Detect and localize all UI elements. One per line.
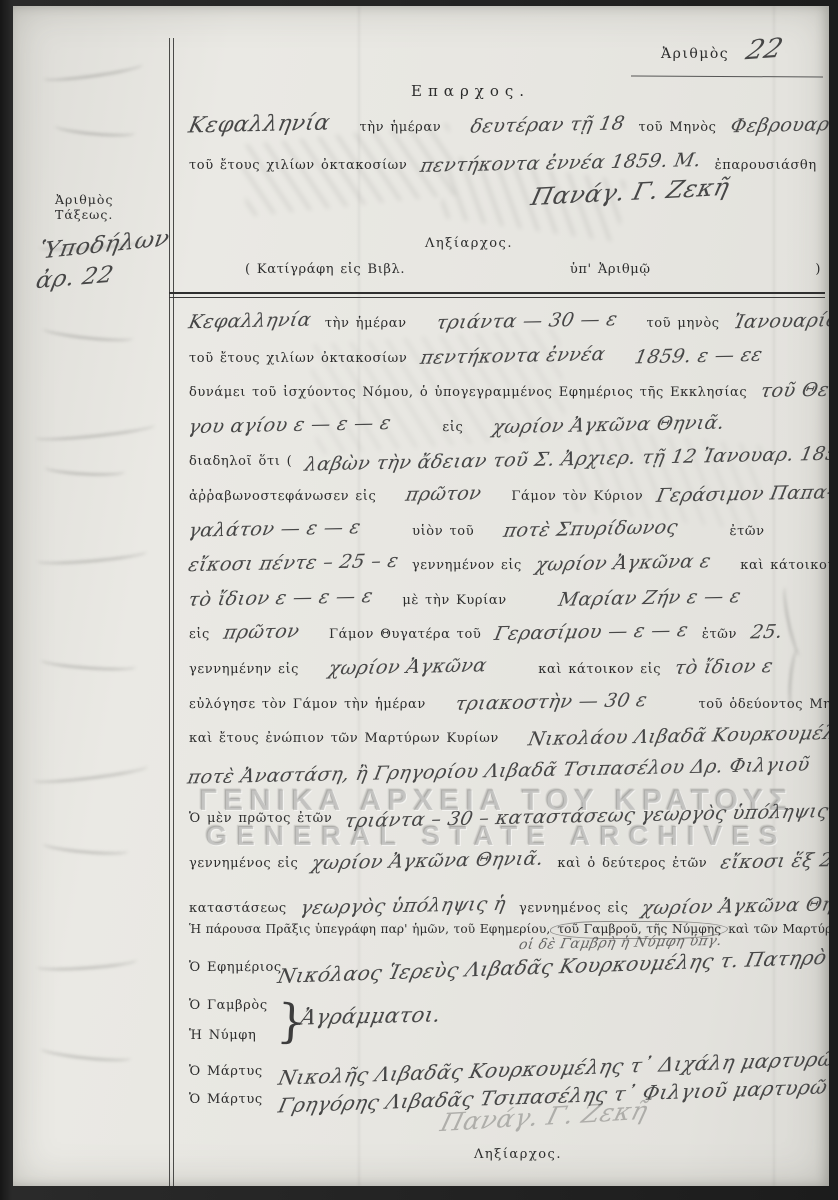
document-line: ποτὲ Ἀναστάση, ἢ Γρηγορίου Λιβαδᾶ Τσιπασ… bbox=[189, 756, 825, 790]
handwritten-text: πεντήκοντα ἐννέα 1859. Μ. bbox=[419, 151, 703, 176]
printed-text: ἀῤῥαβωνοστεφάνωσεν εἰς bbox=[189, 489, 376, 504]
printed-text: τοῦ ἔτους χιλίων ὀκτακοσίων bbox=[189, 158, 407, 173]
printed-text: ἐπαρουσιάσθη bbox=[715, 158, 817, 173]
bleedthrough-mark bbox=[37, 955, 138, 973]
document-number-value: 22 bbox=[743, 35, 786, 64]
document-line: γεννημένος εἰςχωρίον Ἀγκῶνα Θηνιᾶ.καὶ ὁ … bbox=[189, 841, 825, 886]
printed-text: μὲ τὴν Κυρίαν bbox=[402, 593, 506, 608]
handwritten-text: εἴκοσι ἕξ 26 ε bbox=[719, 851, 829, 873]
margin-column: Ἀριθμὸς Τάξεως. Ὑποδήλων ἀρ. 22 bbox=[33, 192, 168, 290]
document-line: διαδηλοῖ ὅτι (λαβὼν τὴν ἄδειαν τοῦ Σ. Ἀρ… bbox=[189, 444, 825, 479]
printed-text: Ὁ μὲν πρῶτος ἐτῶν bbox=[189, 811, 332, 826]
bleedthrough-mark bbox=[43, 838, 129, 856]
signature-role-label: Ἡ Νύμφη bbox=[189, 1028, 281, 1043]
printed-text: τοῦ ἔτους χιλίων ὀκτακοσίων bbox=[189, 351, 407, 366]
handwritten-text: πεντήκοντα ἐννέα bbox=[419, 345, 607, 368]
handwritten-text: γου αγίου ε — ε — ε bbox=[187, 414, 393, 437]
act-paragraph-status: Ὁ μὲν πρῶτος ἐτῶντριάντα – 30 – καταστάσ… bbox=[189, 796, 825, 931]
printed-text: εἰς bbox=[189, 627, 210, 642]
handwritten-text: τοῦ Θεολό- bbox=[759, 380, 829, 401]
handwritten-text: γαλάτον — ε — ε bbox=[187, 518, 362, 541]
scanned-document: Ἀριθμὸς 22 Επαρχος. Κεφαλληνίατὴν ἡμέραν… bbox=[0, 0, 838, 1200]
handwritten-text: τὸ ἴδιον ε — ε — ε bbox=[187, 587, 375, 610]
handwritten-text: Κεφαλληνία bbox=[187, 113, 332, 138]
document-line: τὸ ἴδιον ε — ε — εμὲ τὴν ΚυρίανΜαρίαν Ζή… bbox=[189, 583, 825, 618]
bleedthrough-mark bbox=[33, 761, 148, 786]
printed-text: διαδηλοῖ ὅτι ( bbox=[189, 454, 292, 469]
printed-text: ἐτῶν bbox=[730, 524, 765, 539]
printed-text: τὴν ἡμέραν bbox=[359, 120, 441, 135]
bleedthrough-mark bbox=[41, 1043, 132, 1063]
printed-text: καὶ κάτοικον εἰς bbox=[538, 662, 661, 677]
handwritten-text: χωρίον Ἀγκῶνα ε bbox=[534, 552, 713, 575]
document-line: Κεφαλληνίατὴν ἡμέραντριάντα — 30 — ετοῦ … bbox=[189, 306, 825, 341]
act-paragraph-main: Κεφαλληνίατὴν ἡμέραντριάντα — 30 — ετοῦ … bbox=[189, 306, 825, 789]
handwritten-text: εἴκοσι πέντε – 25 – ε bbox=[187, 552, 400, 575]
handwritten-text: πρῶτον bbox=[222, 623, 301, 644]
margin-divider-rule bbox=[169, 38, 174, 1186]
handwritten-text: ποτὲ Σπυρίδωνος bbox=[502, 518, 680, 541]
document-line: γου αγίου ε — ε — εεἰςχωρίον Ἀγκῶνα Θηνι… bbox=[189, 410, 825, 445]
printed-text: υἱὸν τοῦ bbox=[412, 524, 474, 539]
handwritten-text: δευτέραν τῇ 18 bbox=[469, 114, 626, 136]
signature-role-label: Ὁ Εφημέριος bbox=[189, 960, 281, 975]
handwritten-text: τὸ ἴδιον ε bbox=[673, 657, 775, 678]
printed-text: ἐτῶν bbox=[702, 627, 737, 642]
printed-text: εὐλόγησε τὸν Γάμον τὴν ἡμέραν bbox=[189, 697, 426, 712]
document-line: εἰςπρῶτονΓάμον Θυγατέρα τοῦΓερασίμου — ε… bbox=[189, 617, 825, 652]
registry-entry-line: ( Κατίγράφη εἰς Βιβλ. ὑπ' Ἀριθμῷ ) bbox=[189, 262, 821, 277]
handwritten-text: Νικολάου Λιβαδᾶ Κουρκουμέλη bbox=[526, 724, 829, 750]
printed-text: Γάμον Θυγατέρα τοῦ bbox=[329, 627, 481, 642]
handwritten-text: χωρίον Ἀγκῶνα Θηνιᾶ. bbox=[491, 413, 727, 437]
printed-text: εἰς bbox=[442, 420, 463, 435]
printed-text: τοῦ ὁδεύοντος Μηνὸς bbox=[698, 697, 829, 712]
printed-text: καὶ κάτοικον εἰς bbox=[740, 558, 829, 573]
signature-role-label: Ὁ Γαμβρὸς bbox=[189, 998, 281, 1013]
bleedthrough-mark bbox=[45, 462, 125, 477]
eparchos-heading: Επαρχος. bbox=[411, 82, 530, 100]
printed-text: γεννημένον εἰς bbox=[412, 558, 522, 573]
handwritten-text: ποτὲ Ἀναστάση, ἢ Γρηγορίου Λιβαδᾶ Τσιπασ… bbox=[186, 755, 812, 787]
registrar-title-top: Ληξίαρχος. bbox=[189, 236, 749, 251]
document-line: ἀῤῥαβωνοστεφάνωσεν εἰςπρῶτονΓάμον τὸν Κύ… bbox=[189, 479, 825, 514]
document-line: εἴκοσι πέντε – 25 – εγεννημένον εἰςχωρίο… bbox=[189, 548, 825, 583]
document-line: Κεφαλληνίατὴν ἡμέρανδευτέραν τῇ 18τοῦ Μη… bbox=[189, 108, 829, 146]
printed-text: τοῦ μηνὸς bbox=[646, 316, 719, 331]
signature-role-label: Ὁ Μάρτυς bbox=[189, 1092, 281, 1107]
handwritten-text: 1859. ε — εε bbox=[633, 345, 764, 367]
signature-block: οἱ δὲ Γαμβρὴ ἡ Νύμφη ὑπγ. Ὁ ΕφημέριοςΝικ… bbox=[189, 934, 829, 1114]
signature-row: Ὁ ΕφημέριοςΝικόλαος Ἱερεὺς Λιβαδᾶς Κουρκ… bbox=[189, 954, 829, 982]
handwritten-text: χωρίον Ἀγκῶνα bbox=[327, 656, 489, 678]
handwritten-text: Ἰανουαρίου bbox=[732, 311, 829, 332]
document-line: δυνάμει τοῦ ἰσχύοντος Νόμου, ὁ ὑπογεγραμ… bbox=[189, 375, 825, 410]
handwritten-text: Μαρίαν Ζήν ε — ε bbox=[557, 587, 743, 610]
handwritten-text: λαβὼν τὴν ἄδειαν τοῦ Σ. Ἀρχιερ. τῇ 12 Ἰα… bbox=[303, 445, 829, 475]
handwritten-text: τριάντα – 30 – καταστάσεως γεωργὸς ὑπόλη… bbox=[343, 802, 829, 831]
order-number-label: Ἀριθμὸς Τάξεως. bbox=[55, 192, 168, 222]
handwritten-text: Γεράσιμον Παπα- bbox=[655, 483, 829, 506]
registry-open-text: ( Κατίγράφη εἰς Βιβλ. bbox=[245, 262, 405, 277]
handwritten-text: τριάντα — 30 — ε bbox=[434, 310, 618, 333]
printed-text: καὶ ὁ δεύτερος ἐτῶν bbox=[557, 856, 707, 871]
handwritten-text: 25. bbox=[749, 623, 784, 643]
printed-text: γεννημένος εἰς bbox=[189, 856, 298, 871]
bleedthrough-mark bbox=[41, 655, 137, 673]
document-number-label: Ἀριθμὸς bbox=[661, 46, 729, 62]
printed-text: δυνάμει τοῦ ἰσχύοντος Νόμου, ὁ ὑπογεγραμ… bbox=[189, 385, 747, 400]
document-line: Ὁ μὲν πρῶτος ἐτῶντριάντα – 30 – καταστάσ… bbox=[189, 796, 825, 841]
handwritten-text: πρῶτον bbox=[404, 484, 483, 505]
eparchos-presentation-lines: Κεφαλληνίατὴν ἡμέρανδευτέραν τῇ 18τοῦ Μη… bbox=[189, 108, 829, 184]
bleedthrough-mark bbox=[55, 121, 136, 139]
registry-close-paren: ) bbox=[815, 262, 821, 277]
document-line: γαλάτον — ε — ευἱὸν τοῦποτὲ Σπυρίδωνοςἐτ… bbox=[189, 514, 825, 549]
document-line: τοῦ ἔτους χιλίων ὀκτακοσίωνπεντήκοντα ἐν… bbox=[189, 341, 825, 376]
printed-text: τὴν ἡμέραν bbox=[325, 316, 407, 331]
registrar-title-bottom: Ληξίαρχος. bbox=[433, 1147, 603, 1162]
handwritten-text: Φεβρουαρίου bbox=[728, 115, 829, 137]
order-number-value: ἀρ. 22 bbox=[34, 264, 116, 293]
corner-underline bbox=[631, 75, 823, 77]
printed-text: Γάμον τὸν Κύριον bbox=[511, 489, 643, 504]
bleedthrough-mark bbox=[43, 323, 134, 343]
section-divider-rule bbox=[169, 292, 825, 298]
handwritten-text: Γερασίμου — ε — ε bbox=[493, 621, 690, 644]
document-number: Ἀριθμὸς 22 bbox=[661, 36, 782, 63]
illiterate-note: Ἀγράμματοι. bbox=[299, 1005, 443, 1029]
document-page: Ἀριθμὸς 22 Επαρχος. Κεφαλληνίατὴν ἡμέραν… bbox=[13, 6, 829, 1186]
registry-number-label: ὑπ' Ἀριθμῷ bbox=[570, 262, 651, 277]
handwritten-text: τριακοστὴν — 30 ε bbox=[454, 691, 649, 714]
document-line: καὶ ἔτους ἐνώπιον τῶν Μαρτύρων ΚυρίωνΝικ… bbox=[189, 721, 825, 756]
document-line: τοῦ ἔτους χιλίων ὀκτακοσίωνπεντήκοντα ἐν… bbox=[189, 146, 829, 184]
handwritten-text: χωρίον Ἀγκῶνα Θηνιᾶ. bbox=[310, 850, 546, 874]
bleedthrough-mark bbox=[43, 59, 144, 84]
printed-text: τοῦ Μηνὸς bbox=[638, 120, 716, 135]
printed-text: καὶ ἔτους ἐνώπιον τῶν Μαρτύρων Κυρίων bbox=[189, 731, 499, 746]
bleedthrough-mark bbox=[37, 546, 148, 567]
printed-text: γεννημένην εἰς bbox=[189, 662, 299, 677]
document-line: εὐλόγησε τὸν Γάμον τὴν ἡμέραντριακοστὴν … bbox=[189, 687, 825, 722]
handwritten-text: Κεφαλληνία bbox=[187, 311, 313, 333]
bleedthrough-mark bbox=[35, 420, 155, 443]
order-number-note: Ὑποδήλων bbox=[37, 227, 171, 263]
document-line: γεννημένην εἰςχωρίον Ἀγκῶνακαὶ κάτοικον … bbox=[189, 652, 825, 687]
signature-role-label: Ὁ Μάρτυς bbox=[189, 1064, 281, 1079]
